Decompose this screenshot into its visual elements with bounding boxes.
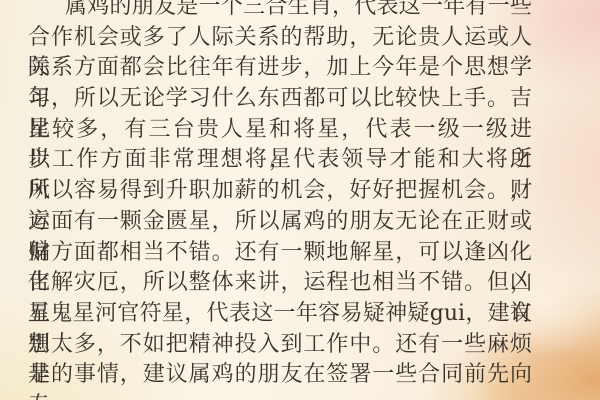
text-line: 比较多，有三台贵人星和将星，代表一级一级进步，所 <box>28 115 532 146</box>
text-line: 非的事情，建议属鸡的朋友在签署一些合同前先向专 <box>28 360 532 391</box>
text-line: 年，所以无论学习什么东西都可以比较快上手。吉星 <box>28 84 532 115</box>
text-line: 方面有一颗金匮星，所以属鸡的朋友无论在正财或偏 <box>28 207 532 238</box>
text-line: 五鬼星河官符星，代表这一年容易疑神疑gui，建议别 <box>28 299 532 330</box>
text-line: 财方面都相当不错。还有一颗地解星，可以逢凶化吉， <box>28 238 532 269</box>
text-line: 属鸡的朋友是一个三合生肖，代表这一年有一些 <box>28 0 532 23</box>
article-page: 属鸡的朋友是一个三合生肖，代表这一年有一些 合作机会或多了人际关系的帮助，无论贵… <box>0 0 600 400</box>
text-line: 合作机会或多了人际关系的帮助，无论贵人运或人际 <box>28 23 532 54</box>
text-line: 以工作方面非常理想将星代表领导才能和大将之风， <box>28 145 532 176</box>
text-line: 化解灾厄，所以整体来讲，运程也相当不错。但凶星有 <box>28 268 532 299</box>
text-line: 关系方面都会比往年有进步，加上今年是个思想学习 <box>28 53 532 84</box>
text-line: 想太多，不如把精神投入到工作中。还有一些麻烦是 <box>28 330 532 361</box>
paragraph-text: 属鸡的朋友是一个三合生肖，代表这一年有一些 合作机会或多了人际关系的帮助，无论贵… <box>28 0 532 391</box>
text-line: 所以容易得到升职加薪的机会，好好把握机会。财运 <box>28 176 532 207</box>
